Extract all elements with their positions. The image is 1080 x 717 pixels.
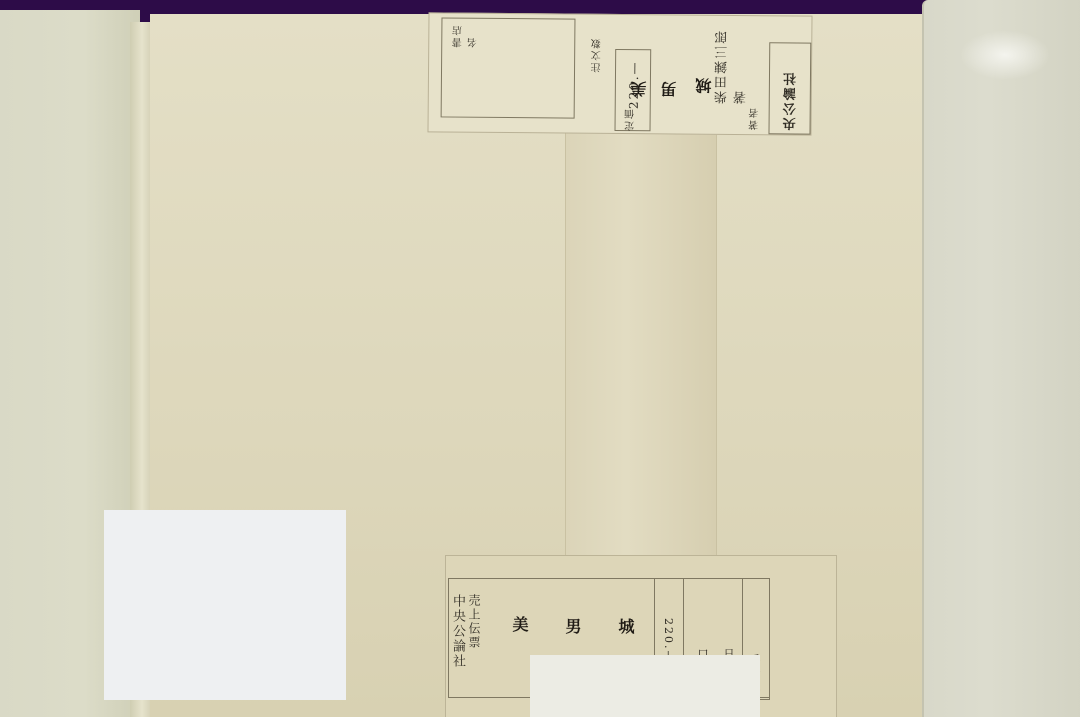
price-label: 定価 bbox=[624, 107, 639, 131]
title-char-2: 男 bbox=[561, 618, 584, 634]
shop-label: 書店名 bbox=[451, 14, 481, 48]
publisher: 中央公論社 bbox=[448, 594, 467, 669]
title-char-1: 美 bbox=[508, 616, 531, 632]
sleeve-reflection bbox=[960, 30, 1050, 80]
title-char-1: 城 bbox=[693, 78, 716, 94]
top-sales-slip: 央公論社 著者 柴田錬三郎 著 城 男 美 220.— 定価 注文数 書店名 bbox=[427, 12, 812, 135]
slip-type: 売上伝票 bbox=[466, 594, 483, 650]
title-char-2: 男 bbox=[658, 81, 681, 97]
white-card bbox=[104, 510, 346, 700]
author: 柴田錬三郎 著 bbox=[713, 16, 752, 104]
author-label: 著者 bbox=[748, 106, 763, 130]
price: 220.— bbox=[627, 60, 641, 109]
title-char-3: 城 bbox=[614, 618, 637, 634]
white-paper-strip bbox=[530, 655, 760, 717]
plastic-sleeve bbox=[922, 0, 1080, 717]
order-label: 注文数 bbox=[590, 37, 605, 73]
publisher: 央公論社 bbox=[782, 70, 802, 130]
